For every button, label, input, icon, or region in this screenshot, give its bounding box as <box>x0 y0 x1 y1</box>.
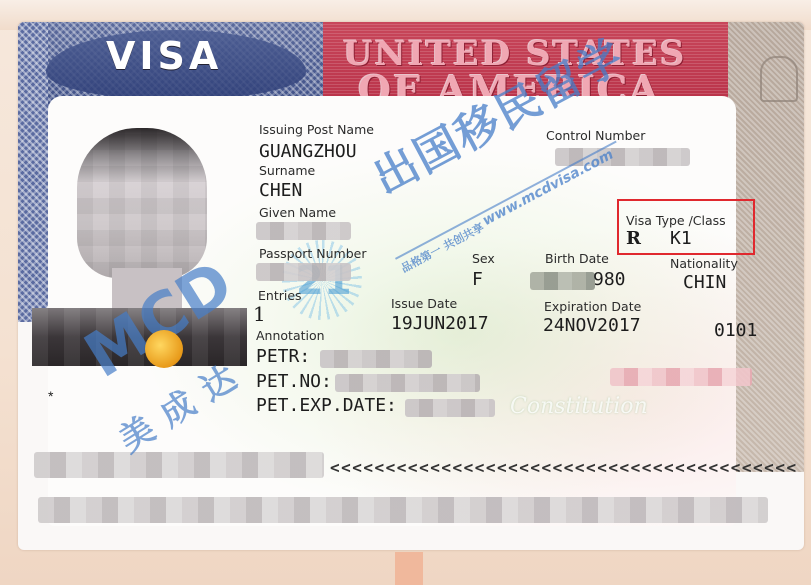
annotation-petno-key: PET.NO: <box>256 371 332 392</box>
visa-class-value: K1 <box>670 228 692 249</box>
issue-date-label: Issue Date <box>391 296 457 311</box>
visa-type-label: Visa Type /Class <box>626 213 726 228</box>
birth-date-redacted <box>530 272 595 290</box>
given-name-redacted <box>256 222 351 240</box>
visa-type-value: R <box>626 228 641 249</box>
photo-star-marker: * <box>48 388 53 404</box>
entries-label: Entries <box>258 288 302 303</box>
issuing-post-label: Issuing Post Name <box>259 122 374 137</box>
issuing-post-value: GUANGZHOU <box>259 141 357 162</box>
annotation-code: 0101 <box>714 320 757 341</box>
annotation-petexp-key: PET.EXP.DATE: <box>256 395 397 416</box>
annotation-petr-redacted <box>320 350 432 368</box>
brand-compass-icon <box>145 330 183 368</box>
issue-date-value: 19JUN2017 <box>391 313 489 334</box>
annotation-label: Annotation <box>256 328 325 343</box>
mrz-line1-redacted <box>34 452 324 478</box>
control-number-label: Control Number <box>546 128 645 143</box>
visa-title: VISA <box>106 34 222 78</box>
sex-label: Sex <box>472 251 495 266</box>
liberty-bell-icon <box>760 56 798 102</box>
entries-value: 1 <box>253 302 266 326</box>
mrz-line2-redacted <box>38 497 768 523</box>
passport-number-label: Passport Number <box>259 246 366 261</box>
surname-label: Surname <box>259 163 315 178</box>
background-constitution-text: Constitution <box>510 394 648 419</box>
expiration-date-value: 24NOV2017 <box>543 315 641 336</box>
nationality-value: CHIN <box>683 272 726 293</box>
mrz-line1-fillers: <<<<<<<<<<<<<<<<<<<<<<<<<<<<<<<<<<<<<<<<… <box>330 458 798 477</box>
given-name-label: Given Name <box>259 205 336 220</box>
annotation-petr-key: PETR: <box>256 346 310 367</box>
annotation-petexp-redacted <box>405 399 495 417</box>
page-tab-marker <box>395 552 423 585</box>
expiration-date-label: Expiration Date <box>544 299 641 314</box>
photo-head <box>77 128 207 278</box>
surname-value: CHEN <box>259 180 302 201</box>
sex-value: F <box>472 269 483 290</box>
annotation-petno-redacted <box>335 374 480 392</box>
birth-date-label: Birth Date <box>545 251 609 266</box>
passport-number-redacted <box>256 263 351 281</box>
nationality-label: Nationality <box>670 256 738 271</box>
birth-date-visible-suffix: 980 <box>593 269 626 290</box>
right-field-redacted <box>610 368 752 386</box>
